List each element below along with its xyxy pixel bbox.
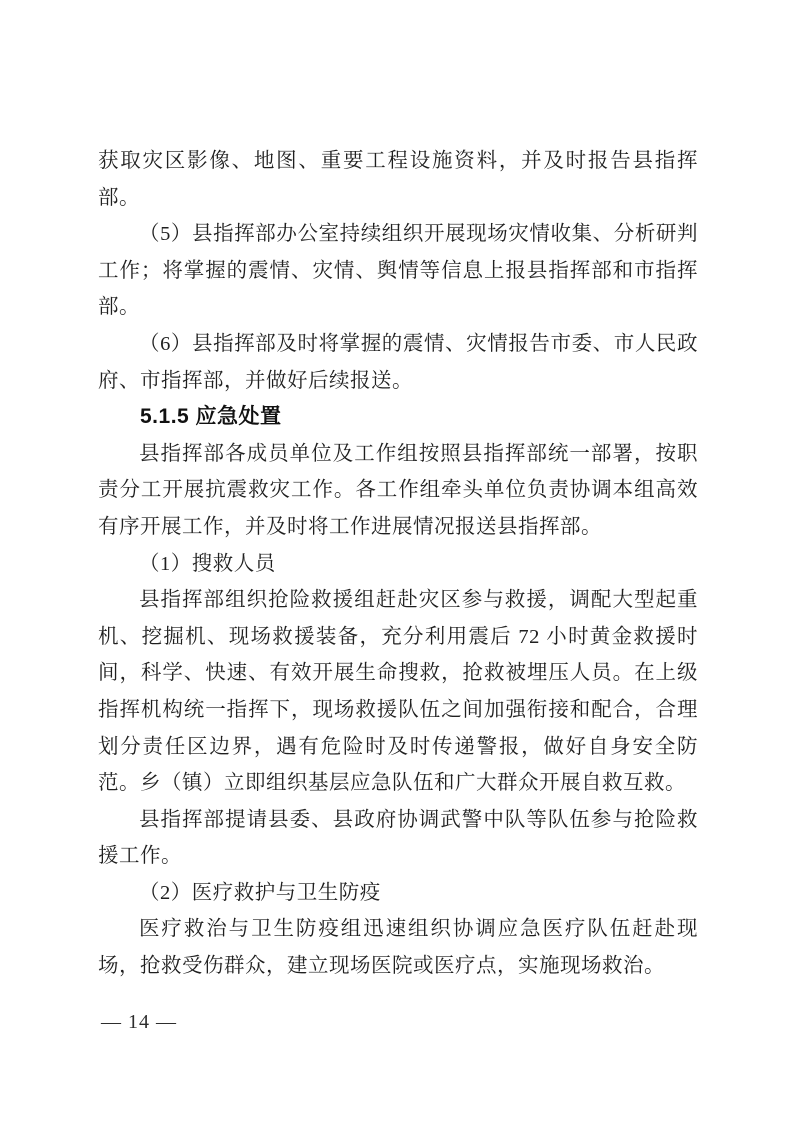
paragraph-medical-detail: 医疗救治与卫生防疫组迅速组织协调应急医疗队伍赶赴现场，抢救受伤群众，建立现场医院… — [98, 911, 698, 984]
paragraph-item-5: （5）县指挥部办公室持续组织开展现场灾情收集、分析研判工作；将掌握的震情、灾情、… — [98, 216, 698, 326]
paragraph-subitem-1-title: （1）搜救人员 — [98, 546, 698, 583]
paragraph-rescue-detail: 县指挥部组织抢险救援组赶赴灾区参与救援，调配大型起重机、挖掘机、现场救援装备，充… — [98, 582, 698, 802]
paragraph-section-intro: 县指挥部各成员单位及工作组按照县指挥部统一部署，按职责分工开展抗震救灾工作。各工… — [98, 436, 698, 546]
paragraph-subitem-2-title: （2）医疗救护与卫生防疫 — [98, 875, 698, 912]
page-number: — 14 — — [101, 1011, 177, 1033]
paragraph-armed-police: 县指挥部提请县委、县政府协调武警中队等队伍参与抢险救援工作。 — [98, 802, 698, 875]
paragraph-item-6: （6）县指挥部及时将掌握的震情、灾情报告市委、市人民政府、市指挥部，并做好后续报… — [98, 326, 698, 399]
document-page: 获取灾区影像、地图、重要工程设施资料，并及时报告县指挥部。 （5）县指挥部办公室… — [0, 0, 790, 1122]
page-content: 获取灾区影像、地图、重要工程设施资料，并及时报告县指挥部。 （5）县指挥部办公室… — [98, 143, 698, 985]
paragraph-continuation: 获取灾区影像、地图、重要工程设施资料，并及时报告县指挥部。 — [98, 143, 698, 216]
page-footer: — 14 — — [101, 1010, 177, 1034]
section-heading-515: 5.1.5 应急处置 — [98, 399, 698, 436]
